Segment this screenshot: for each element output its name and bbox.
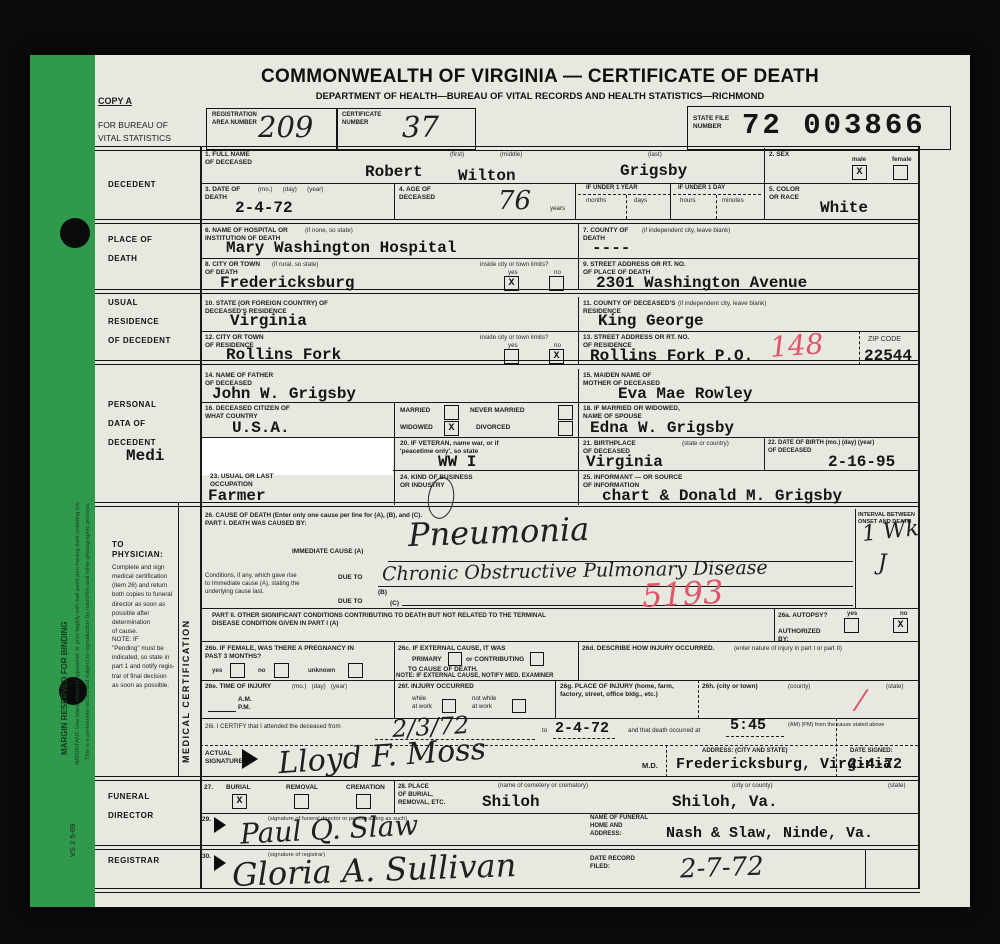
interval-divider xyxy=(855,509,856,608)
primary-checkbox xyxy=(448,652,462,666)
due-to-1-label: DUE TO xyxy=(338,574,362,582)
margin-important-text: IMPORTANT: Use black ribbon in typewrite… xyxy=(75,395,81,765)
limits-yes-checkbox-12 xyxy=(504,349,519,364)
preg-unknown-label: unknown xyxy=(308,667,335,674)
field-30-label: 30. xyxy=(202,853,211,861)
county-hint: (county) xyxy=(788,683,810,690)
certify-mid-text: and that death occurred at xyxy=(628,727,700,735)
time-blank-line2 xyxy=(726,736,784,737)
cell-line xyxy=(578,641,579,680)
cell-line xyxy=(764,183,765,219)
field-6-hint: (if none, so state) xyxy=(305,227,353,234)
city-of-death-value: Fredericksburg xyxy=(220,274,354,292)
date-signed-value: 2-4-72 xyxy=(848,756,902,773)
registration-value: 209 xyxy=(258,110,313,144)
cell-line xyxy=(394,641,395,718)
field-28-label: 28. PLACE OF BURIAL, REMOVAL, ETC. xyxy=(398,783,445,807)
cell-line xyxy=(575,183,576,219)
redaction-box xyxy=(202,438,393,475)
to-physician-note: NOTE: IF "Pending" must be indicated, so… xyxy=(112,635,175,690)
cause-b-line xyxy=(378,586,853,587)
med-cert-strip-line xyxy=(178,502,179,776)
male-checkbox: X xyxy=(852,165,867,180)
row-line xyxy=(200,608,918,609)
punch-hole-top xyxy=(60,218,90,248)
months-label: months xyxy=(586,197,606,204)
field-17-married-label: MARRIED xyxy=(400,407,430,415)
female-checkbox xyxy=(893,165,908,180)
birthplace-value: Virginia xyxy=(586,453,663,471)
age-value: 76 xyxy=(498,186,531,216)
field-2-label: 2. SEX xyxy=(769,151,789,159)
conditions-label: Conditions, if any, which gave rise to I… xyxy=(205,572,300,596)
autopsy-no-checkbox: X xyxy=(893,618,908,633)
authorized-by-label: AUTHORIZED BY: xyxy=(778,628,821,645)
under1-divider xyxy=(716,195,717,219)
side-label-decedent: DECEDENT xyxy=(108,175,156,194)
state-file-value: 72 003866 xyxy=(742,109,926,142)
red-code-5193: 5193 xyxy=(641,573,724,615)
immediate-cause-label: IMMEDIATE CAUSE (A) xyxy=(292,548,363,556)
informant-value: chart & Donald M. Grigsby xyxy=(602,487,842,505)
row-line xyxy=(200,258,918,259)
field-26a-label: 26a. AUTOPSY? xyxy=(778,612,828,620)
never-married-checkbox xyxy=(558,405,573,420)
form-code: VS 2 5-69 xyxy=(68,767,77,857)
days-label: days xyxy=(634,197,647,204)
stray-typed-text: Medi xyxy=(126,447,164,465)
preg-no-label: no xyxy=(258,667,266,674)
contributing-checkbox xyxy=(530,652,544,666)
form-right-border xyxy=(918,146,920,888)
field-1-label: 1. FULL NAME OF DECEASED xyxy=(205,151,252,168)
field-21-hint: (state or country) xyxy=(682,440,729,447)
actual-signature-label: ACTUAL SIGNATURE xyxy=(205,750,243,767)
copy-label: COPY A xyxy=(98,96,132,108)
field-26b-label: 26b. IF FEMALE, WAS THERE A PREGNANCY IN… xyxy=(205,645,354,662)
side-label-personal-data: PERSONAL DATA OF DECEDENT xyxy=(108,395,156,453)
field-26e-label: 26e. TIME OF INJURY xyxy=(205,683,271,691)
state-hint: (state) xyxy=(886,683,904,690)
residence-county-value: King George xyxy=(598,312,704,330)
street-of-death-value: 2301 Washington Avenue xyxy=(596,274,807,292)
preg-yes-label: yes xyxy=(212,667,222,674)
limits-label-8: inside city or town limits? xyxy=(480,261,548,268)
while-at-work-label: while at work xyxy=(412,695,432,711)
signature-arrow-icon-30 xyxy=(214,855,226,871)
screenshot-root: MARGIN RESERVED FOR BINDING IMPORTANT: U… xyxy=(0,0,1000,944)
hours-label: hours xyxy=(680,197,695,204)
due-to-2-label: DUE TO xyxy=(338,598,362,606)
zip-label: ZIP CODE xyxy=(868,336,901,343)
cell-line xyxy=(764,437,765,470)
to-physician-body: Complete and sign medical certification … xyxy=(112,563,172,636)
side-label-funeral-director: FUNERAL DIRECTOR xyxy=(108,787,154,825)
date-of-death-value: 2-4-72 xyxy=(235,199,293,217)
c-tag: (C) xyxy=(390,600,399,608)
part2-label: PART II. OTHER SIGNIFICANT CONDITIONS CO… xyxy=(212,612,546,628)
mother-name-value: Eva Mae Rowley xyxy=(618,385,752,403)
date-signed-label: DATE SIGNED: xyxy=(850,748,893,756)
no-label-12: no xyxy=(554,342,561,349)
field-26d-label: 26d. DESCRIBE HOW INJURY OCCURRED. xyxy=(582,645,715,653)
md-label: M.D. xyxy=(642,761,658,771)
residence-city-value: Rollins Fork xyxy=(226,346,341,364)
name-last: Grigsby xyxy=(620,162,687,180)
preg-yes-checkbox xyxy=(230,663,245,678)
veteran-value: WW I xyxy=(438,453,476,471)
not-while-at-work-label: not while at work xyxy=(472,695,496,711)
to-blank-line xyxy=(553,738,615,739)
cell-line xyxy=(578,369,579,505)
under1-divider xyxy=(626,195,627,219)
field-26-label: 26. CAUSE OF DEATH (Enter only one cause… xyxy=(205,512,422,528)
certificate-label: CERTIFICATE NUMBER xyxy=(342,112,381,128)
last-hint: (last) xyxy=(648,151,662,158)
cemetery-value: Shiloh xyxy=(482,793,540,811)
zip-value: 22544 xyxy=(864,347,912,365)
page-title: COMMONWEALTH OF VIRGINIA — CERTIFICATE O… xyxy=(170,66,910,88)
burial-checkbox: X xyxy=(232,794,247,809)
middle-hint: (middle) xyxy=(500,151,522,158)
field-7-hint: (if independent city, leave blank) xyxy=(642,227,730,234)
autopsy-no-label: no xyxy=(900,610,908,617)
field-27-label: 27. xyxy=(204,784,213,792)
row-line xyxy=(200,183,918,184)
field-17-widowed-label: WIDOWED xyxy=(400,424,433,432)
cell-line-dashed xyxy=(666,745,667,777)
separator xyxy=(95,776,920,781)
occupation-value: Farmer xyxy=(208,487,266,505)
cell-line xyxy=(578,224,579,289)
cell-line xyxy=(394,781,395,813)
under-1-day-label: IF UNDER 1 DAY xyxy=(678,185,725,193)
margin-permanent-text: This is a permanent record and subject t… xyxy=(85,400,91,760)
address-label: ADDRESS: (CITY AND STATE) xyxy=(702,748,787,756)
burial-city-hint: (city or county) xyxy=(732,782,773,789)
b-tag: (B) xyxy=(378,589,387,597)
signature-arrow-icon-29 xyxy=(214,817,226,833)
field-26e-sub: (mo.) (day) (year) xyxy=(292,683,347,690)
under1-divider xyxy=(670,183,671,219)
separator xyxy=(95,146,920,151)
page-subtitle: DEPARTMENT OF HEALTH—BUREAU OF VITAL REC… xyxy=(170,91,910,102)
time-blank-line xyxy=(208,711,236,712)
side-label-usual-residence: USUAL RESIDENCE OF DECEDENT xyxy=(108,293,171,351)
side-label-place-of-death: PLACE OF DEATH xyxy=(108,230,152,268)
cause-c-line xyxy=(402,605,853,606)
red-annotation-148: 148 xyxy=(769,327,825,364)
field-3-sub: (mo.) (day) (year) xyxy=(258,186,323,193)
contributing-label: or CONTRIBUTING xyxy=(466,656,524,664)
field-17-never-label: NEVER MARRIED xyxy=(470,407,525,415)
preg-no-checkbox xyxy=(274,663,289,678)
yes-label-12: yes xyxy=(508,342,518,349)
yes-label-8: yes xyxy=(508,269,518,276)
field-5-label: 5. COLOR OR RACE xyxy=(769,186,800,203)
state-file-label: STATE FILE NUMBER xyxy=(693,115,729,132)
registration-label: REGISTRATION AREA NUMBER xyxy=(212,112,257,128)
limits-yes-checkbox-8: X xyxy=(504,276,519,291)
red-slash-mark: / xyxy=(854,683,867,717)
row-line xyxy=(200,718,918,719)
cell-line xyxy=(774,608,775,641)
residence-street-value: Rollins Fork P.O. xyxy=(590,347,753,365)
death-time-value: 5:45 xyxy=(730,717,766,734)
father-name-value: John W. Grigsby xyxy=(212,385,356,403)
row-line xyxy=(200,680,918,681)
date-filed-value: 2-7-72 xyxy=(680,852,765,885)
cemetery-hint: (name of cemetery or crematory) xyxy=(498,782,588,789)
certify-to-word: to xyxy=(542,727,547,735)
first-hint: (first) xyxy=(450,151,464,158)
field-8-hint: (if rural, so state) xyxy=(272,261,318,268)
physician-signature: Lloyd F. Moss xyxy=(277,732,487,781)
cell-line xyxy=(555,680,556,718)
cremation-checkbox xyxy=(356,794,371,809)
county-of-death-value: ---- xyxy=(592,239,630,257)
removal-checkbox xyxy=(294,794,309,809)
preg-unknown-checkbox xyxy=(348,663,363,678)
removal-label: REMOVAL xyxy=(286,784,318,792)
funeral-home-label: NAME OF FUNERAL HOME AND ADDRESS: xyxy=(590,815,648,838)
married-checkbox xyxy=(444,405,459,420)
under-1-year-label: IF UNDER 1 YEAR xyxy=(586,185,638,193)
burial-state-hint: (state) xyxy=(888,782,906,789)
spouse-value: Edna W. Grigsby xyxy=(590,419,734,437)
burial-label: BURIAL xyxy=(226,784,251,792)
date-filed-label: DATE RECORD FILED: xyxy=(590,855,635,871)
pm-label: P.M. xyxy=(238,704,251,712)
male-label: male xyxy=(852,156,866,163)
funeral-home-value: Nash & Slaw, Ninde, Va. xyxy=(666,825,873,842)
to-physician-title: TO PHYSICIAN: xyxy=(112,540,163,561)
cell-line xyxy=(394,183,395,219)
separator xyxy=(95,219,920,224)
cell-line xyxy=(394,402,395,505)
primary-label: PRIMARY xyxy=(412,656,442,664)
field-26g-label: 26g. PLACE OF INJURY (home, farm, factor… xyxy=(560,683,674,700)
interval-mark: J xyxy=(878,551,887,576)
certify-post-text: (AM) (PM) from the cause stated above xyxy=(788,722,916,729)
widowed-checkbox: X xyxy=(444,421,459,436)
female-label: female xyxy=(892,156,912,163)
field-11-hint: (if independent city, leave blank) xyxy=(678,300,766,307)
no-label-8: no xyxy=(554,269,561,276)
cell-line xyxy=(578,297,579,365)
autopsy-yes-checkbox xyxy=(844,618,859,633)
color-race-value: White xyxy=(820,199,868,217)
side-label-registrar: REGISTRAR xyxy=(108,851,160,870)
field-26h-label: 26h. (city or town) xyxy=(702,683,758,691)
limits-no-checkbox-12: X xyxy=(549,349,564,364)
external-note-label: NOTE: IF EXTERNAL CAUSE, NOTIFY MED. EXA… xyxy=(396,673,553,681)
autopsy-yes-label: yes xyxy=(847,610,857,617)
years-label: years xyxy=(550,205,565,212)
zip-divider xyxy=(859,331,860,365)
separator xyxy=(95,888,920,893)
cause-a-value: Pneumonia xyxy=(407,510,589,554)
divorced-checkbox xyxy=(558,421,573,436)
bureau-label: FOR BUREAU OF VITAL STATISTICS xyxy=(98,119,171,145)
name-first: Robert xyxy=(365,163,423,181)
limits-label-12: inside city or town limits? xyxy=(480,334,548,341)
certify-pre-text: 26i. I CERTIFY that I attended the decea… xyxy=(205,723,341,731)
burial-city-value: Shiloh, Va. xyxy=(672,793,778,811)
not-while-at-work-checkbox xyxy=(512,699,526,713)
field-17-divorced-label: DIVORCED xyxy=(476,424,510,432)
margin-binding-text: MARGIN RESERVED FOR BINDING xyxy=(60,455,69,755)
minutes-label: minutes xyxy=(722,197,744,204)
cremation-label: CREMATION xyxy=(346,784,385,792)
birthdate-value: 2-16-95 xyxy=(828,453,895,471)
side-label-medical-certification: MEDICAL CERTIFICATION xyxy=(181,523,191,763)
signature-arrow-icon xyxy=(242,749,258,769)
field-29-label: 29. xyxy=(202,816,211,824)
certificate-paper: MARGIN RESERVED FOR BINDING IMPORTANT: U… xyxy=(30,55,970,907)
field-4-label: 4. AGE OF DECEASED xyxy=(399,186,435,203)
certify-to-value: 2-4-72 xyxy=(555,720,609,737)
hospital-value: Mary Washington Hospital xyxy=(226,239,456,257)
cell-line xyxy=(865,850,866,888)
cell-line-dashed xyxy=(698,680,699,718)
interval-value: 1 Wk xyxy=(861,516,920,547)
field-26f-label: 26f. INJURY OCCURRED xyxy=(398,683,474,691)
name-middle: Wilton xyxy=(458,167,516,185)
limits-no-checkbox-8 xyxy=(549,276,564,291)
citizen-value: U.S.A. xyxy=(232,419,290,437)
field-26d-hint: (enter nature of injury in part I or par… xyxy=(734,645,842,652)
residence-state-value: Virginia xyxy=(230,312,307,330)
certificate-value: 37 xyxy=(402,110,439,144)
